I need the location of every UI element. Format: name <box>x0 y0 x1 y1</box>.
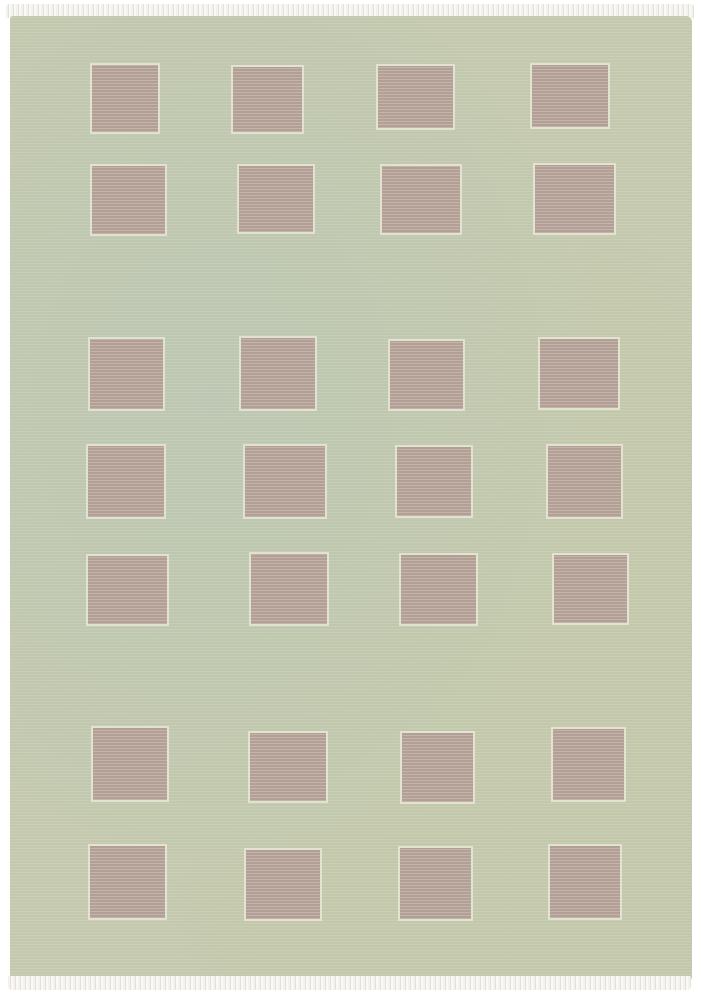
pattern-square <box>233 67 302 132</box>
pattern-square <box>246 850 320 919</box>
pattern-square <box>397 447 471 516</box>
pattern-square <box>402 733 473 802</box>
pattern-square <box>241 338 315 409</box>
pattern-square <box>382 166 460 233</box>
pattern-square <box>88 556 167 624</box>
rug-field <box>10 16 692 981</box>
pattern-square <box>251 554 327 624</box>
pattern-square <box>553 729 624 800</box>
pattern-square <box>92 65 158 132</box>
pattern-square <box>550 846 620 918</box>
pattern-square <box>554 555 627 623</box>
pattern-square <box>532 65 608 127</box>
pattern-square <box>535 165 614 233</box>
pattern-square <box>400 848 471 919</box>
pattern-square <box>88 446 164 517</box>
bottom-fringe <box>8 976 691 990</box>
pattern-square <box>245 446 325 517</box>
pattern-square <box>90 846 165 918</box>
pattern-square <box>548 446 621 517</box>
pattern-square <box>239 166 313 232</box>
pattern-square <box>90 339 163 409</box>
pattern-square <box>250 733 326 801</box>
pattern-square <box>378 66 453 128</box>
pattern-square <box>390 341 463 409</box>
pattern-square <box>93 728 167 800</box>
pattern-square <box>92 166 165 234</box>
pattern-square <box>540 339 618 408</box>
pattern-square <box>401 555 476 624</box>
